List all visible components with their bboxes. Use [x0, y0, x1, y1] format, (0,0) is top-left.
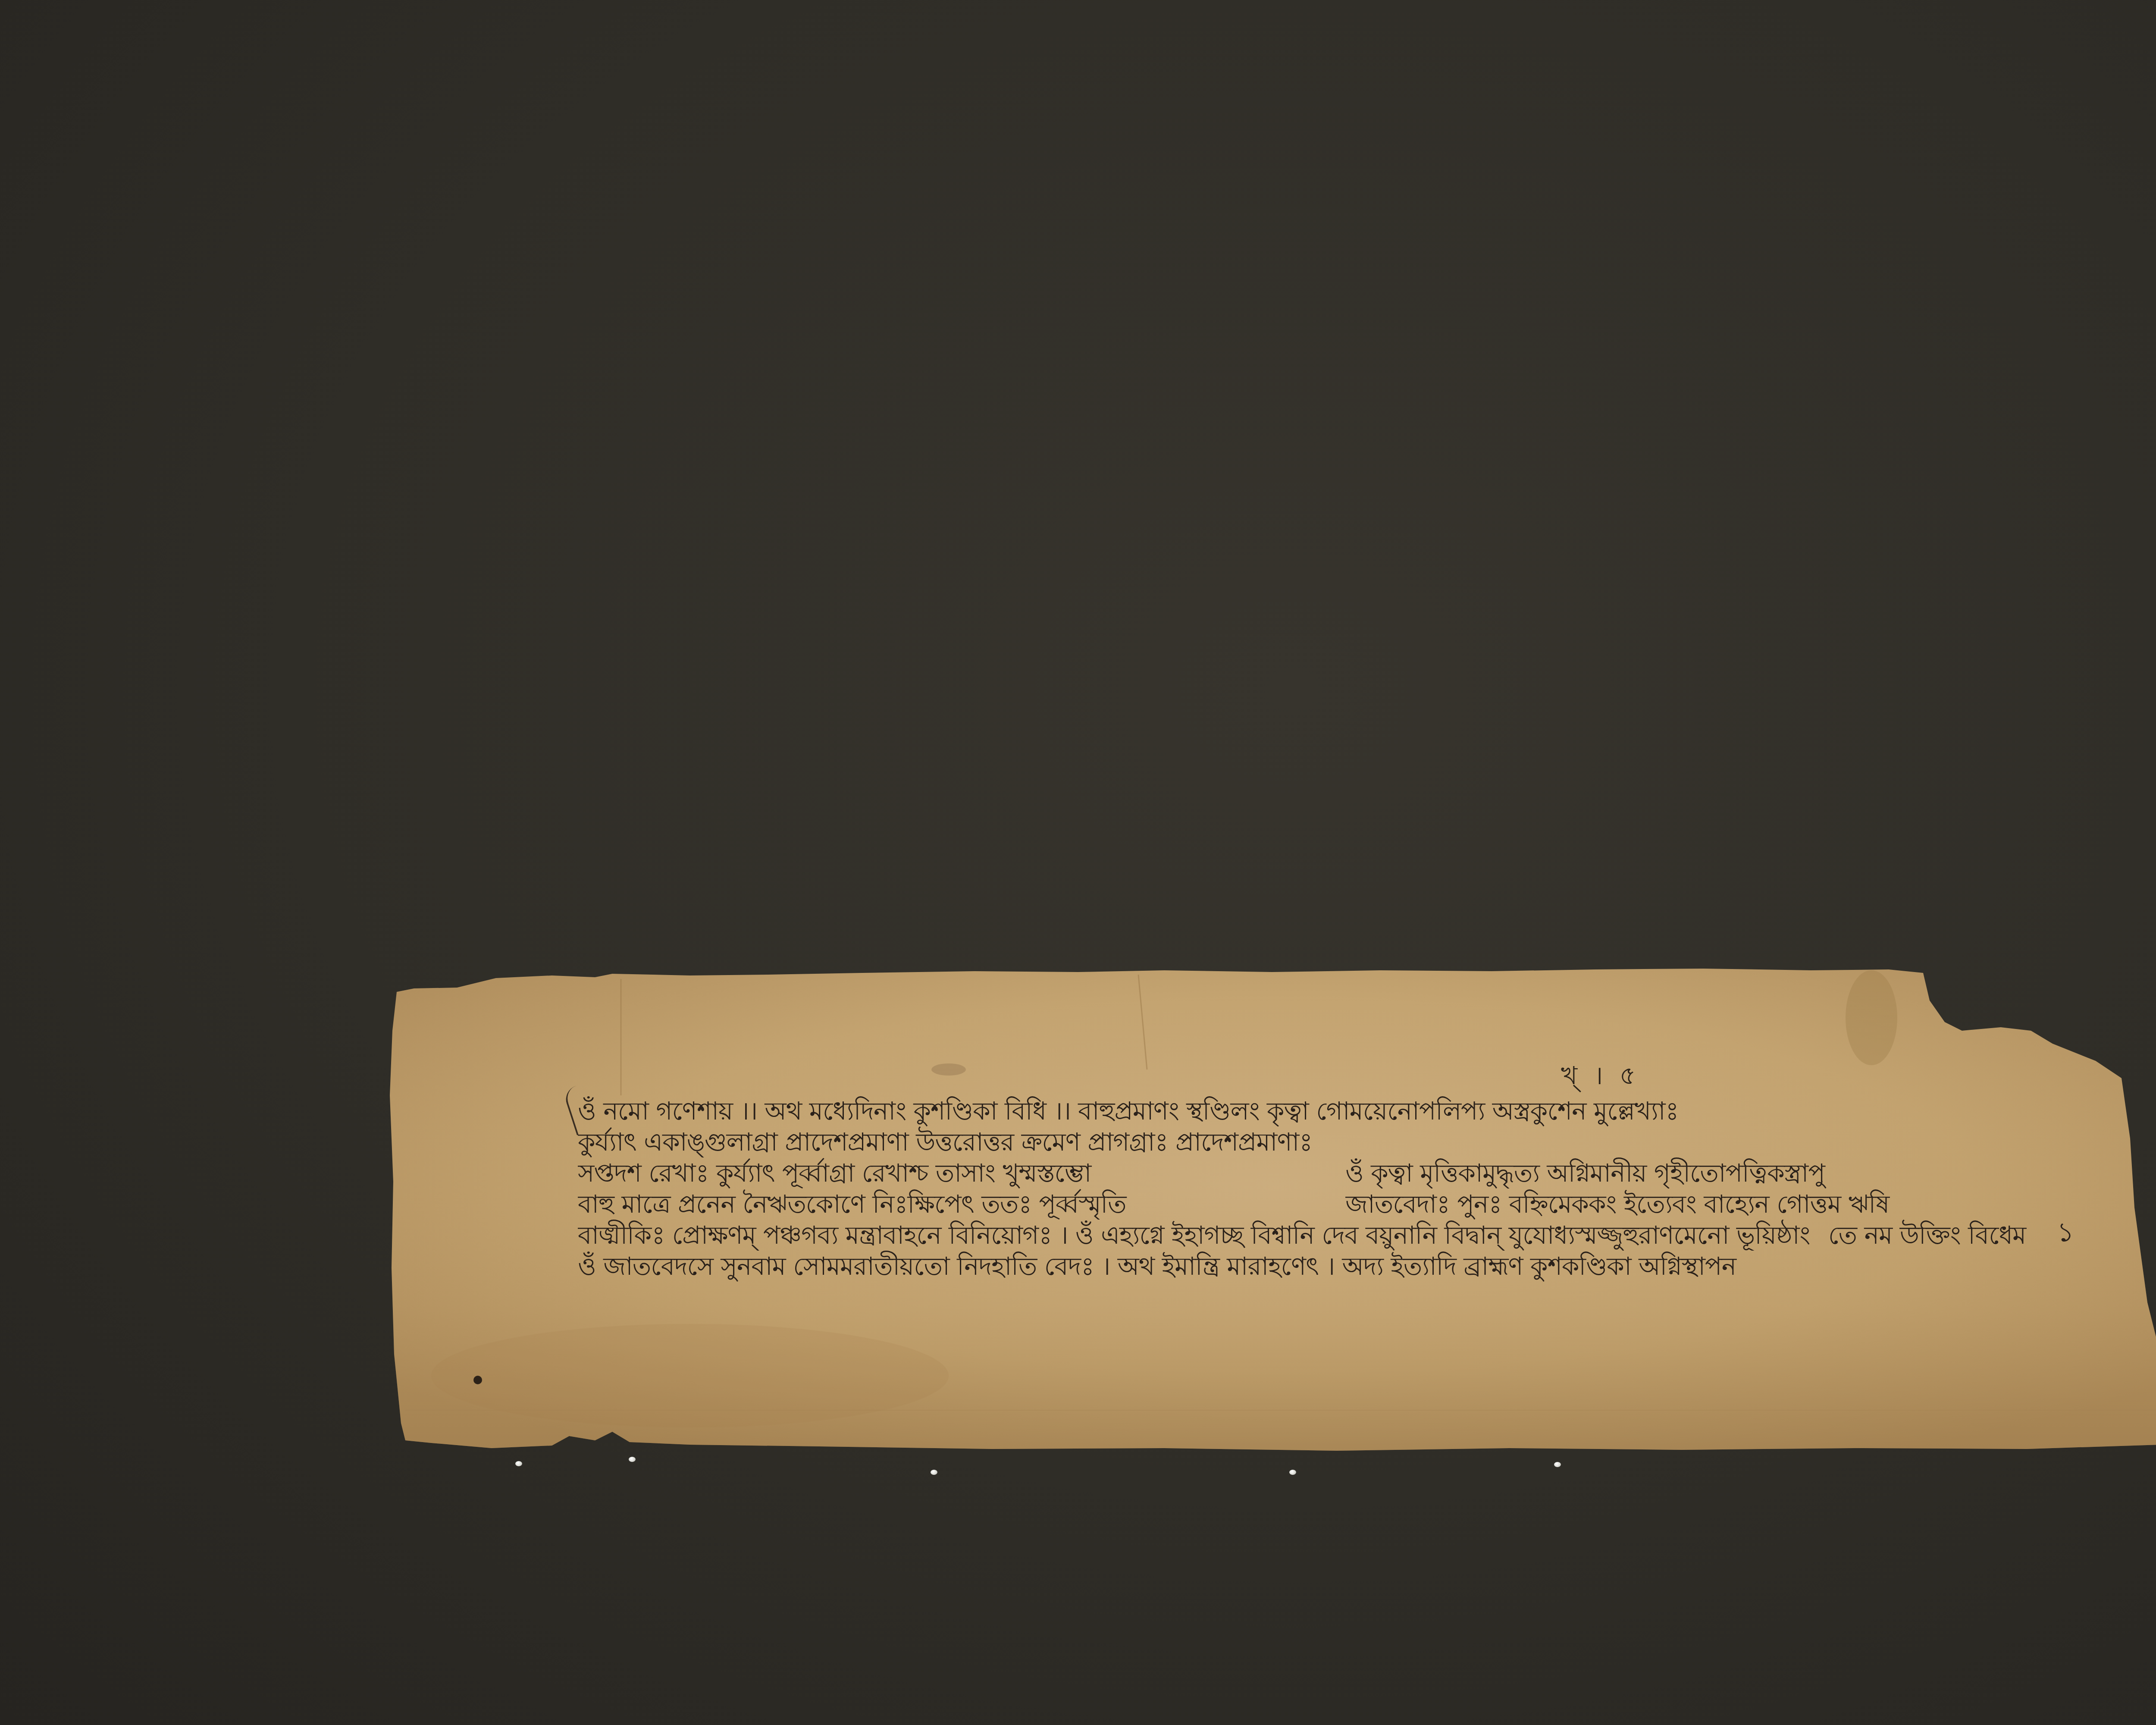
mounting-pin	[1554, 1462, 1561, 1467]
text-line-5-right: তে নম উক্তিং বিধেম	[1828, 1220, 2087, 1251]
folio-number-mark: খ্ । ৫	[1561, 1057, 1640, 1098]
text-line-6-left: ওঁ জাতবেদসে সুনবাম সোমমরাতীয়তো নিদহাতি …	[578, 1251, 2087, 1282]
text-line-1: ওঁ নমো গণেশায় ।। অথ মধ্যেদিনাং কুশণ্ডিক…	[578, 1095, 2104, 1126]
mounting-pin	[1289, 1470, 1296, 1475]
text-line-3-right: ওঁ কৃত্বা মৃত্তিকামুদ্ধৃত্য অগ্নিমানীয় …	[1345, 1157, 2087, 1189]
manuscript-text-block: ওঁ নমো গণেশায় ।। অথ মধ্যেদিনাং কুশণ্ডিক…	[578, 1095, 2104, 1282]
text-line-1-left: ওঁ নমো গণেশায় ।। অথ মধ্যেদিনাং কুশণ্ডিক…	[578, 1095, 2087, 1126]
mounting-pin	[629, 1457, 636, 1462]
mounting-pin	[931, 1470, 937, 1475]
manuscript-folio: খ্ । ৫ ওঁ নমো গণেশায় ।। অথ মধ্যেদিনাং ক…	[388, 966, 2156, 1471]
text-line-5: বাঙ্মীকিঃ প্রোক্ষণম্ পঞ্চগব্য মন্ত্রাবাহ…	[578, 1220, 2104, 1251]
text-line-3-left: সপ্তদশ রেখাঃ কুর্য্যাৎ পূর্ব্বাগ্রা রেখা…	[578, 1157, 1242, 1189]
side-number: ১	[2057, 1212, 2074, 1256]
mounting-pin	[515, 1461, 522, 1466]
text-line-2-left: কুর্য্যাৎ একাঙ্গুলাগ্রা প্রাদেশপ্রমাণা উ…	[578, 1126, 2087, 1157]
text-line-5-left: বাঙ্মীকিঃ প্রোক্ষণম্ পঞ্চগব্য মন্ত্রাবাহ…	[578, 1220, 1828, 1251]
text-line-4: বাহু মাত্রে প্রনেন নৈঋতকোণে নিঃক্ষিপেৎ ত…	[578, 1189, 2104, 1220]
text-line-3: সপ্তদশ রেখাঃ কুর্য্যাৎ পূর্ব্বাগ্রা রেখা…	[578, 1157, 2104, 1189]
text-line-4-right: জাতবেদাঃ পুনঃ বহ্নিমেককং ইত্যেবং বাহ্যেন…	[1345, 1189, 2087, 1220]
text-line-2: কুর্য্যাৎ একাঙ্গুলাগ্রা প্রাদেশপ্রমাণা উ…	[578, 1126, 2104, 1157]
text-line-4-left: বাহু মাত্রে প্রনেন নৈঋতকোণে নিঃক্ষিপেৎ ত…	[578, 1189, 1259, 1220]
text-line-6: ওঁ জাতবেদসে সুনবাম সোমমরাতীয়তো নিদহাতি …	[578, 1251, 2104, 1282]
